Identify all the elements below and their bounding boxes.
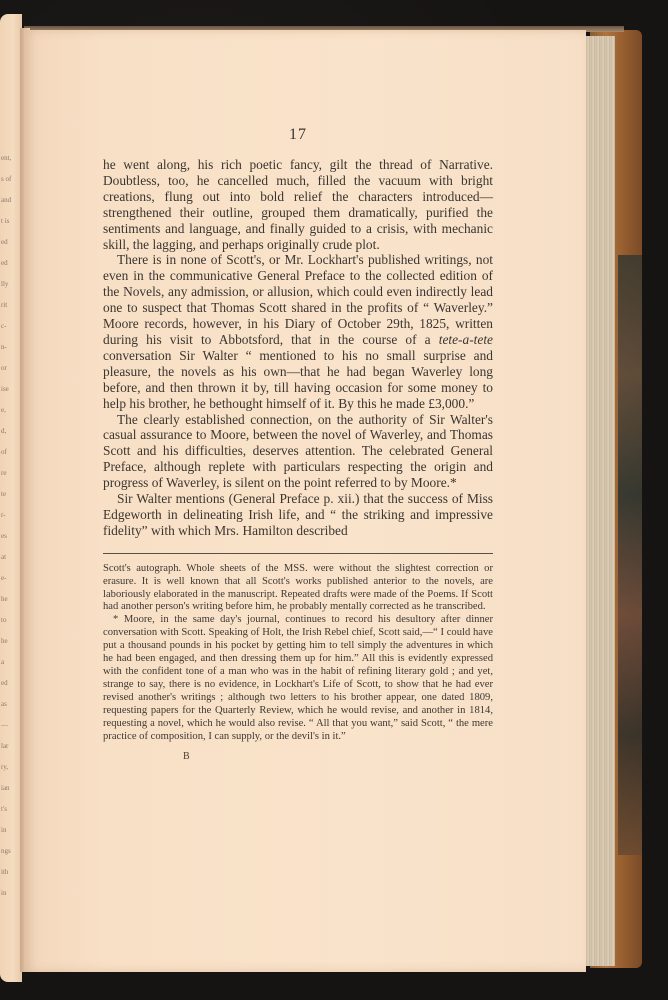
marbled-cover-paper bbox=[618, 255, 642, 855]
facing-page-fragment: re bbox=[1, 469, 21, 478]
paragraph: The clearly established connection, on t… bbox=[103, 412, 493, 492]
facing-page-fragment: lar bbox=[1, 742, 21, 751]
facing-page-fragment: rit bbox=[1, 301, 21, 310]
paragraph: he went along, his rich poetic fancy, gi… bbox=[103, 157, 493, 252]
facing-page-fragment: of bbox=[1, 448, 21, 457]
facing-page-fragment: ith bbox=[1, 868, 21, 877]
facing-page-fragment: e- bbox=[1, 574, 21, 583]
facing-page-fragment: n- bbox=[1, 343, 21, 352]
facing-page-fragment: lly bbox=[1, 280, 21, 289]
facing-page-fragment: to bbox=[1, 616, 21, 625]
facing-page-fragment: ed bbox=[1, 259, 21, 268]
facing-page-fragment: and bbox=[1, 196, 21, 205]
facing-page-fragment: ed bbox=[1, 238, 21, 247]
facing-page-fragment: — bbox=[1, 721, 21, 730]
page-content: 17 he went along, his rich poetic fancy,… bbox=[103, 126, 493, 762]
facing-page-fragment: ry, bbox=[1, 763, 21, 772]
facing-page-fragment: ed bbox=[1, 679, 21, 688]
facing-page-fragment: d, bbox=[1, 427, 21, 436]
page-edges bbox=[584, 36, 615, 966]
facing-page-fragment: ise bbox=[1, 385, 21, 394]
facing-page-fragment: ian bbox=[1, 784, 21, 793]
facing-page-fragment: a bbox=[1, 658, 21, 667]
paragraph: There is in none of Scott's, or Mr. Lock… bbox=[103, 252, 493, 411]
body-text: he went along, his rich poetic fancy, gi… bbox=[103, 157, 493, 539]
facing-page-fragment: t's bbox=[1, 805, 21, 814]
facing-page-edge: ent,s ofandt isededllyritc-n-orisee,d,of… bbox=[0, 14, 22, 982]
signature-mark: B bbox=[183, 751, 493, 762]
facing-page-fragment: he bbox=[1, 637, 21, 646]
page-number: 17 bbox=[103, 126, 493, 144]
facing-page-fragment: e, bbox=[1, 406, 21, 415]
paragraph-text: There is in none of Scott's, or Mr. Lock… bbox=[103, 252, 493, 347]
facing-page-fragment: in bbox=[1, 826, 21, 835]
paragraph: Sir Walter mentions (General Preface p. … bbox=[103, 491, 493, 539]
facing-page-fragment: t is bbox=[1, 217, 21, 226]
paragraph-text: conversation Sir Walter “ mentioned to h… bbox=[103, 348, 493, 411]
facing-page-fragment: s of bbox=[1, 175, 21, 184]
footnotes: Scott's autograph. Whole sheets of the M… bbox=[103, 563, 493, 744]
facing-page-fragment: es bbox=[1, 532, 21, 541]
facing-page-fragment: ent, bbox=[1, 154, 21, 163]
facing-page-fragment: he bbox=[1, 595, 21, 604]
facing-page-fragment: c- bbox=[1, 322, 21, 331]
facing-page-fragment: or bbox=[1, 364, 21, 373]
footnote-rule bbox=[103, 553, 493, 554]
facing-page-fragment: in bbox=[1, 889, 21, 898]
facing-page-fragment: at bbox=[1, 553, 21, 562]
footnote: * Moore, in the same day's journal, cont… bbox=[103, 614, 493, 743]
facing-page-fragment: ngs bbox=[1, 847, 21, 856]
footnote: Scott's autograph. Whole sheets of the M… bbox=[103, 563, 493, 615]
facing-page-fragment: as bbox=[1, 700, 21, 709]
facing-page-fragment: te bbox=[1, 490, 21, 499]
italic-phrase: tete-a-tete bbox=[439, 332, 493, 347]
facing-page-fragment: r- bbox=[1, 511, 21, 520]
